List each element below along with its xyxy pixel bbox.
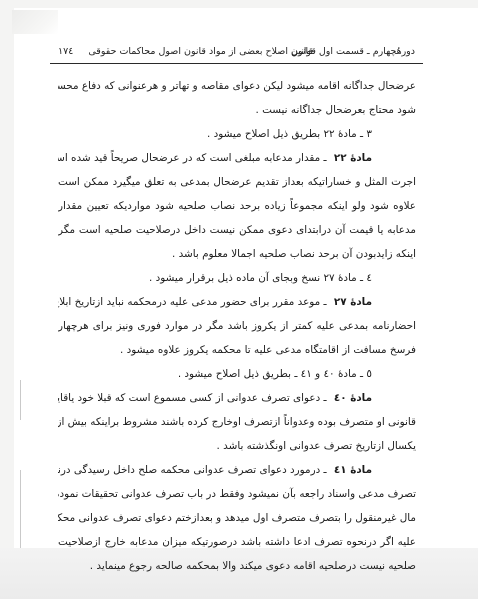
article-22: مادهٔ ٢٢ ـ مقدار مدعابه مبلغی است که در … xyxy=(58,146,416,170)
text-line: شود محتاج بعرضحال جداگانه نیست . xyxy=(58,98,416,122)
text-line: عرضحال جداگانه اقامه میشود لیکن دعوای مق… xyxy=(58,74,416,98)
body-text: عرضحال جداگانه اقامه میشود لیکن دعوای مق… xyxy=(58,74,416,578)
text-line: مال غیرمنقول را بتصرف متصرف اول میدهد و … xyxy=(58,506,416,530)
article-label: مادهٔ ٢٧ xyxy=(334,296,372,308)
article-27: مادهٔ ٢٧ ـ موعد مقرر برای حضور مدعی علیه… xyxy=(58,290,416,314)
page-number: ١٧٤ xyxy=(58,46,73,57)
text-line: یکسال ازتاریخ تصرف عدوانی اونگذشته باشد … xyxy=(58,434,416,458)
text-line: اجرت المثل و خساراتیکه بعداز تقدیم عرضحا… xyxy=(58,170,416,194)
text-line: قانونی او متصرف بوده وعدواناً ازتصرف اوخ… xyxy=(58,410,416,434)
article-label: مادهٔ ٤١ xyxy=(334,464,372,476)
text-line: احضارنامه بمدعی علیه کمتر از یکروز باشد … xyxy=(58,314,416,338)
article-41: مادهٔ ٤١ ـ درمورد دعوای تصرف عدوانی محکم… xyxy=(58,458,416,482)
article-label: مادهٔ ٢٢ xyxy=(334,152,372,164)
section-heading: ٣ ـ مادهٔ ٢٢ بطریق ذیل اصلاح میشود . xyxy=(58,122,416,146)
header-title: قانون اصلاح بعضی از مواد قانون اصول محاک… xyxy=(88,46,313,57)
text-line: اینکه زایدبودن آن برحد نصاب صلحیه اجمالا… xyxy=(58,242,416,266)
text-line: مدعابه یا قیمت آن درابتدای دعوی ممکن نیس… xyxy=(58,218,416,242)
running-header: دورهٔچهارم ـ قسمت اول قوانین قانون اصلاح… xyxy=(50,46,423,62)
text-line: تصرف مدعی واسناد راجعه بآن نمیشود وفقط د… xyxy=(58,482,416,506)
article-label: مادهٔ ٤٠ xyxy=(334,392,372,404)
section-heading: ٥ ـ مادهٔ ٤٠ و ٤١ ـ بطریق ذیل اصلاح میشو… xyxy=(58,362,416,386)
text-line: صلحیه نیست درصلحیه اقامه دعوی میکند والا… xyxy=(58,554,416,578)
article-40: مادهٔ ٤٠ ـ دعوای تصرف عدوانی از کسی مسمو… xyxy=(58,386,416,410)
margin-mark xyxy=(20,380,21,420)
margin-mark xyxy=(20,470,21,560)
text-line: فرسخ مسافت از اقامتگاه مدعی علیه تا محکم… xyxy=(58,338,416,362)
section-heading: ٤ ـ مادهٔ ٢٧ نسخ وبجای آن ماده ذیل برقرا… xyxy=(58,266,416,290)
text-line: علاوه شود ولو اینکه مجموعاً زیاده برحد ن… xyxy=(58,194,416,218)
text-line: علیه اگر درنحوه تصرف ادعا داشته باشد درص… xyxy=(58,530,416,554)
scan-shadow xyxy=(12,10,58,34)
header-rule xyxy=(50,63,423,64)
